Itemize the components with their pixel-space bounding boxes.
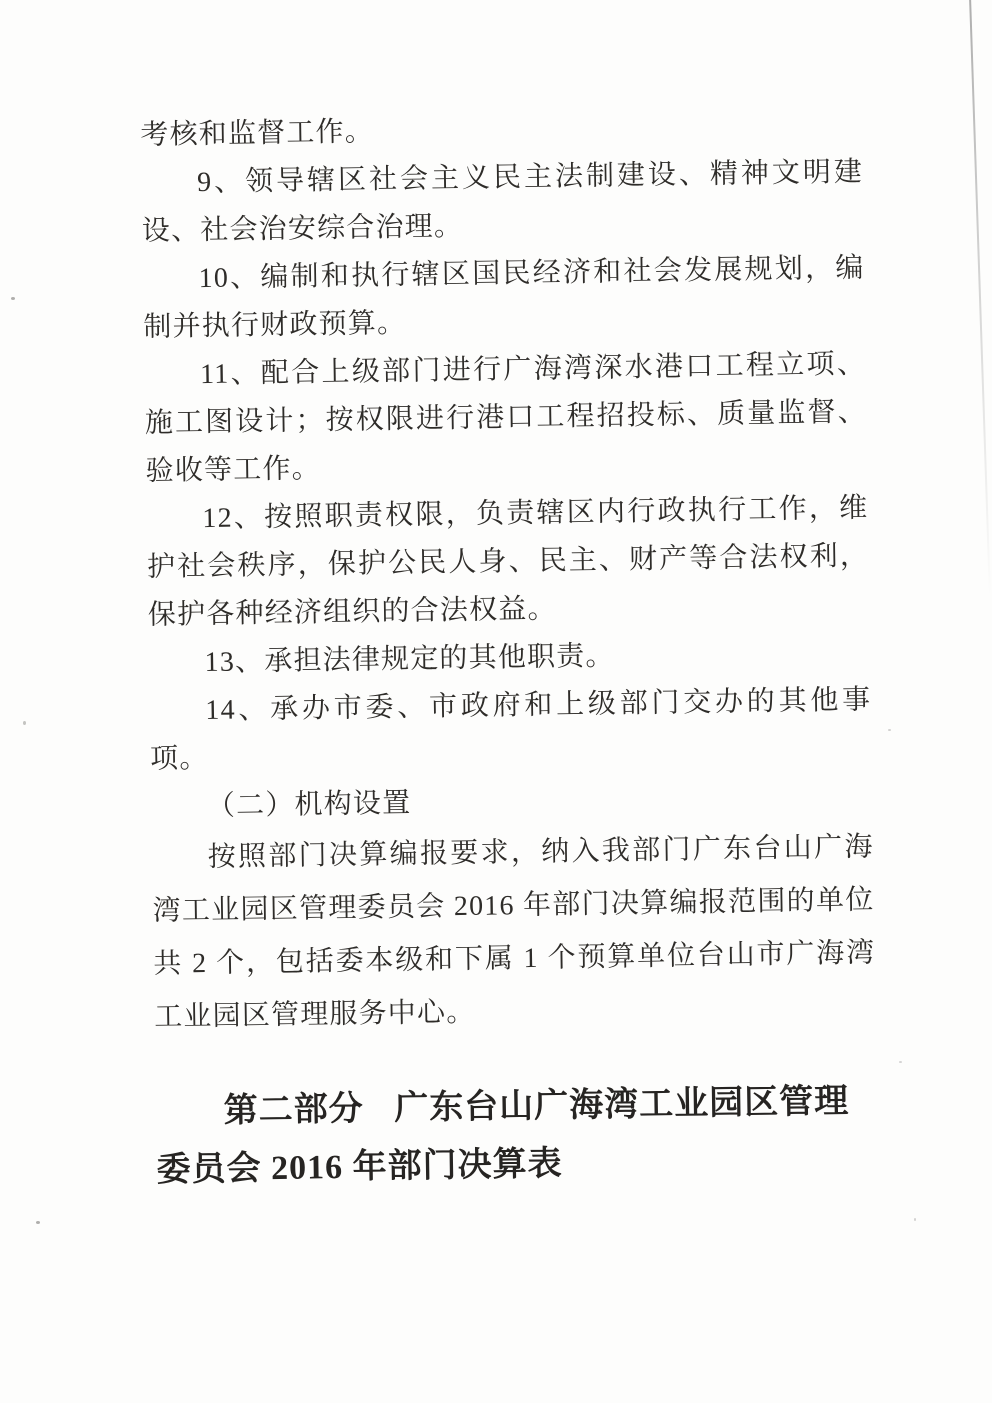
document-body: 考核和监督工作。 9、领导辖区社会主义民主法制建设、精神文明建设、社会治安综合治… (140, 101, 879, 1200)
scan-speck (11, 297, 15, 300)
paragraph-organization-detail: 按照部门决算编报要求，纳入我部门广东台山广海湾工业园区管理委员会 2016 年部… (151, 821, 876, 1044)
scan-speck (23, 721, 26, 725)
scanned-document-page: 考核和监督工作。 9、领导辖区社会主义民主法制建设、精神文明建设、社会治安综合治… (0, 0, 992, 1403)
scan-streak-artifact (969, 0, 991, 596)
scan-speck (888, 729, 891, 731)
paragraph-item-12: 12、按照职责权限，负责辖区内行政执行工作，维护社会秩序，保护公民人身、民主、财… (146, 485, 870, 640)
scan-speck (899, 1061, 902, 1063)
paragraph-item-11: 11、配合上级部门进行广海湾深水港口工程立项、施工图设计；按权限进行港口工程招投… (144, 341, 868, 496)
scan-speck (914, 1218, 916, 1221)
paragraph-item-9: 9、领导辖区社会主义民主法制建设、精神文明建设、社会治安综合治理。 (141, 149, 864, 256)
paragraph-item-10: 10、编制和执行辖区国民经济和社会发展规划，编制并执行财政预算。 (142, 245, 865, 352)
paragraph-item-14: 14、承办市委、市政府和上级部门交办的其他事项。 (149, 677, 872, 784)
scan-speck (36, 1221, 40, 1224)
section-part-label: 第二部分 (223, 1091, 364, 1130)
section-heading: 第二部分广东台山广海湾工业园区管理委员会 2016 年部门决算表 (155, 1073, 879, 1200)
